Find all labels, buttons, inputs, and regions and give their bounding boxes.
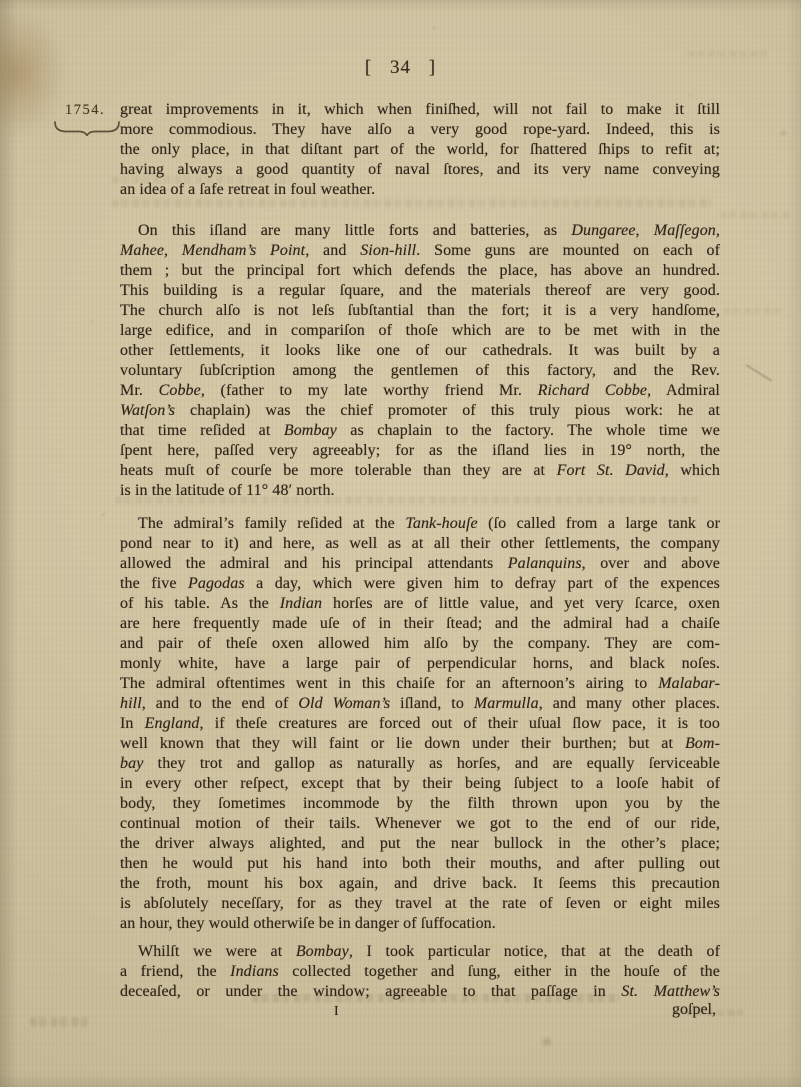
body-text: a day, which were given him to defray pa… <box>245 575 720 592</box>
body-text: , and to the end of <box>142 695 299 712</box>
body-text: continual motion of their tails. Wheneve… <box>120 815 720 832</box>
body-text: , and <box>305 242 360 259</box>
page-number: [ 34 ] <box>0 57 801 79</box>
body-text: deceaſed, or under the window; agreeable… <box>120 983 621 1000</box>
body-text: , <box>164 242 182 259</box>
foxing-spot <box>779 129 788 137</box>
body-text: of his table. As the <box>120 595 280 612</box>
foxing-spot <box>688 93 693 98</box>
text-line: hill, and to the end of Old Woman’s iſla… <box>120 694 720 714</box>
show-through-line <box>30 1017 88 1027</box>
body-text: , if theſe creatures are forced out of t… <box>200 715 720 732</box>
body-text: horſes are of little value, and yet very… <box>322 595 720 612</box>
body-text: iſland, to <box>390 695 474 712</box>
text-line: the froth, mount his box again, and driv… <box>120 874 720 894</box>
body-text: , and many other places. <box>539 695 720 712</box>
body-text: well known that they will faint or lie d… <box>120 735 685 752</box>
body-text: is in the latitude of 11° 48′ north. <box>120 482 335 499</box>
foxing-spot <box>101 512 106 517</box>
text-line: a friend, the Indians collected together… <box>120 962 720 982</box>
text-line: other ſettlements, it looks like one of … <box>120 341 720 361</box>
body-text: the driver always alighted, and put the … <box>120 835 720 852</box>
text-line: deceaſed, or under the window; agreeable… <box>120 982 720 1002</box>
foxing-spot <box>90 319 94 323</box>
text-line: an idea of a ſafe retreat in foul weathe… <box>120 180 720 200</box>
text-line: is in the latitude of 11° 48′ north. <box>120 481 720 501</box>
italic-text: Old Woman’s <box>298 695 390 712</box>
body-text: the only place, in that diſtant part of … <box>120 141 720 158</box>
text-line: pond near to it) and here, as well as at… <box>120 534 720 554</box>
italic-text: Pagodas <box>188 575 245 592</box>
text-line: The admiral’s family reſided at the Tank… <box>120 514 720 534</box>
body-text: The church alſo is not leſs ſubſtantial … <box>120 302 720 319</box>
text-line: large edifice, and in compariſon of thoſ… <box>120 321 720 341</box>
text-line: them ; but the principal fort which defe… <box>120 261 720 281</box>
margin-year: 1754. <box>65 102 105 118</box>
text-line: In England, if theſe creatures are force… <box>120 714 720 734</box>
paragraph: On this iſland are many little forts and… <box>120 221 720 501</box>
body-text: voluntary ſubſcription among the gentlem… <box>120 362 720 379</box>
paper-crease <box>746 364 773 382</box>
text-line: continual motion of their tails. Wheneve… <box>120 814 720 834</box>
book-page: [ 34 ] 1754. great improvements in it, w… <box>0 0 801 1087</box>
body-text: a friend, the <box>120 963 230 980</box>
italic-text: Marmulla <box>474 695 539 712</box>
body-text: the five <box>120 575 188 592</box>
body-text: are here frequently made uſe of in their… <box>120 615 720 632</box>
italic-text: Mendham’s Point <box>182 242 305 259</box>
text-line: Mahee, Mendham’s Point, and Sion-hill. S… <box>120 241 720 261</box>
body-text: more commodious. They have alſo a very g… <box>120 121 720 138</box>
italic-text: Malabar- <box>658 675 720 692</box>
body-text: . Some guns are mounted on each of <box>416 242 720 259</box>
italic-text: Maſſegon <box>654 222 716 239</box>
italic-text: Indian <box>280 595 322 612</box>
text-line: the only place, in that diſtant part of … <box>120 140 720 160</box>
body-text: In <box>120 715 145 732</box>
body-text: having always a good quantity of naval ſ… <box>120 161 720 178</box>
italic-text: Dungaree <box>571 222 635 239</box>
italic-text: hill <box>120 695 142 712</box>
body-text: is abſolutely neceſſary, for as they tra… <box>120 895 720 912</box>
body-text: , Admiral <box>647 382 720 399</box>
text-line: bay they trot and gallop as naturally as… <box>120 754 720 774</box>
italic-text: Fort St. David <box>557 462 665 479</box>
text-line: The church alſo is not leſs ſubſtantial … <box>120 301 720 321</box>
body-text: and pair of theſe oxen allowed him alſo … <box>120 635 720 652</box>
body-text: then he would put his hand into both the… <box>120 855 720 872</box>
text-line: great improvements in it, which when fin… <box>120 100 720 120</box>
italic-text: bay <box>120 755 143 772</box>
text-line: the five Pagodas a day, which were given… <box>120 574 720 594</box>
foxing-spot <box>540 1036 554 1048</box>
text-line: the driver always alighted, and put the … <box>120 834 720 854</box>
text-line: On this iſland are many little forts and… <box>120 221 720 241</box>
body-text: other ſettlements, it looks like one of … <box>120 342 720 359</box>
italic-text: Bombay <box>284 422 337 439</box>
paragraph: Whilſt we were at Bombay, I took particu… <box>120 942 720 1002</box>
text-line: an hour, they would otherwiſe be in dang… <box>120 914 720 934</box>
text-line: body, they ſometimes incommode by the fi… <box>120 794 720 814</box>
body-text: (ſo called from a large tank or <box>478 515 720 532</box>
body-text: , which <box>665 462 720 479</box>
text-line: Watſon’s chaplain) was the chief promote… <box>120 401 720 421</box>
text-line: having always a good quantity of naval ſ… <box>120 160 720 180</box>
body-text: monly white, have a large pair of perpen… <box>120 655 720 672</box>
show-through-line <box>720 212 790 218</box>
text-line: This building is a regular ſquare, and t… <box>120 281 720 301</box>
text-line: heats muſt of courſe be more tolerable t… <box>120 461 720 481</box>
text-block: great improvements in it, which when fin… <box>120 100 720 1002</box>
text-line: Mr. Cobbe, (father to my late worthy fri… <box>120 381 720 401</box>
body-text: them ; but the principal fort which defe… <box>120 262 720 279</box>
foxing-spot <box>431 25 437 30</box>
italic-text: Mahee <box>120 242 164 259</box>
text-line: then he would put his hand into both the… <box>120 854 720 874</box>
text-line: in every other reſpect, except that by t… <box>120 774 720 794</box>
show-through-line <box>723 308 785 314</box>
text-line: well known that they will faint or lie d… <box>120 734 720 754</box>
body-text: large edifice, and in compariſon of thoſ… <box>120 322 720 339</box>
body-text: collected together and ſung, either in t… <box>279 963 720 980</box>
text-line: voluntary ſubſcription among the gentlem… <box>120 361 720 381</box>
body-text: allowed the admiral and his principal at… <box>120 555 508 572</box>
text-line: and pair of theſe oxen allowed him alſo … <box>120 634 720 654</box>
body-text: , <box>636 222 654 239</box>
body-text: , I took particular notice, that at the … <box>349 943 720 960</box>
body-text: the froth, mount his box again, and driv… <box>120 875 720 892</box>
italic-text: Sion-hill <box>360 242 416 259</box>
text-line: allowed the admiral and his principal at… <box>120 554 720 574</box>
italic-text: Richard Cobbe <box>538 382 648 399</box>
italic-text: Cobbe <box>159 382 201 399</box>
text-line: is abſolutely neceſſary, for as they tra… <box>120 894 720 914</box>
text-line: that time reſided at Bombay as chaplain … <box>120 421 720 441</box>
body-text: The admiral oftentimes went in this chai… <box>120 675 658 692</box>
italic-text: Watſon’s <box>120 402 175 419</box>
body-text: an hour, they would otherwiſe be in dang… <box>120 915 496 932</box>
body-text: , over and above <box>582 555 720 572</box>
margin-year-note: 1754. <box>52 101 118 136</box>
body-text: This building is a regular ſquare, and t… <box>120 282 720 299</box>
italic-text: St. Matthew’s <box>621 983 720 1000</box>
body-text: Whilſt we were at <box>138 943 296 960</box>
signature-mark: I <box>334 1004 340 1020</box>
body-text: On this iſland are many little forts and… <box>138 222 571 239</box>
text-line: monly white, have a large pair of perpen… <box>120 654 720 674</box>
body-text: great improvements in it, which when fin… <box>120 101 720 118</box>
body-text: pond near to it) and here, as well as at… <box>120 535 720 552</box>
body-text: that time reſided at <box>120 422 284 439</box>
italic-text: Bombay <box>296 943 349 960</box>
body-text: chaplain) was the chief promoter of this… <box>175 402 720 419</box>
scanned-book-page: { "colors": { "paper": "#d0c4a3", "ink":… <box>0 0 801 1087</box>
text-line: ſpent here, paſſed very agreeably; for a… <box>120 441 720 461</box>
body-text: they trot and gallop as naturally as hor… <box>143 755 720 772</box>
body-text: body, they ſometimes incommode by the fi… <box>120 795 720 812</box>
text-line: Whilſt we were at Bombay, I took particu… <box>120 942 720 962</box>
body-text: , (father to my late worthy friend Mr. <box>201 382 538 399</box>
body-text: in every other reſpect, except that by t… <box>120 775 720 792</box>
body-text: ſpent here, paſſed very agreeably; for a… <box>120 442 720 459</box>
text-line: The admiral oftentimes went in this chai… <box>120 674 720 694</box>
body-text: an idea of a ſafe retreat in foul weathe… <box>120 181 375 198</box>
catchword: goſpel, <box>672 1001 716 1019</box>
italic-text: Palanquins <box>508 555 582 572</box>
body-text: The admiral’s family reſided at the <box>138 515 405 532</box>
text-line: are here frequently made uſe of in their… <box>120 614 720 634</box>
text-line: more commodious. They have alſo a very g… <box>120 120 720 140</box>
italic-text: Bom- <box>685 735 720 752</box>
body-text: as chaplain to the factory. The whole ti… <box>337 422 720 439</box>
year-brace-icon <box>52 120 122 136</box>
italic-text: Indians <box>230 963 279 980</box>
paragraph: great improvements in it, which when fin… <box>120 100 720 200</box>
body-text: Mr. <box>120 382 159 399</box>
italic-text: Tank-houſe <box>405 515 477 532</box>
italic-text: England <box>145 715 200 732</box>
body-text: , <box>716 222 720 239</box>
body-text: heats muſt of courſe be more tolerable t… <box>120 462 557 479</box>
paragraph: The admiral’s family reſided at the Tank… <box>120 514 720 934</box>
text-line: of his table. As the Indian horſes are o… <box>120 594 720 614</box>
